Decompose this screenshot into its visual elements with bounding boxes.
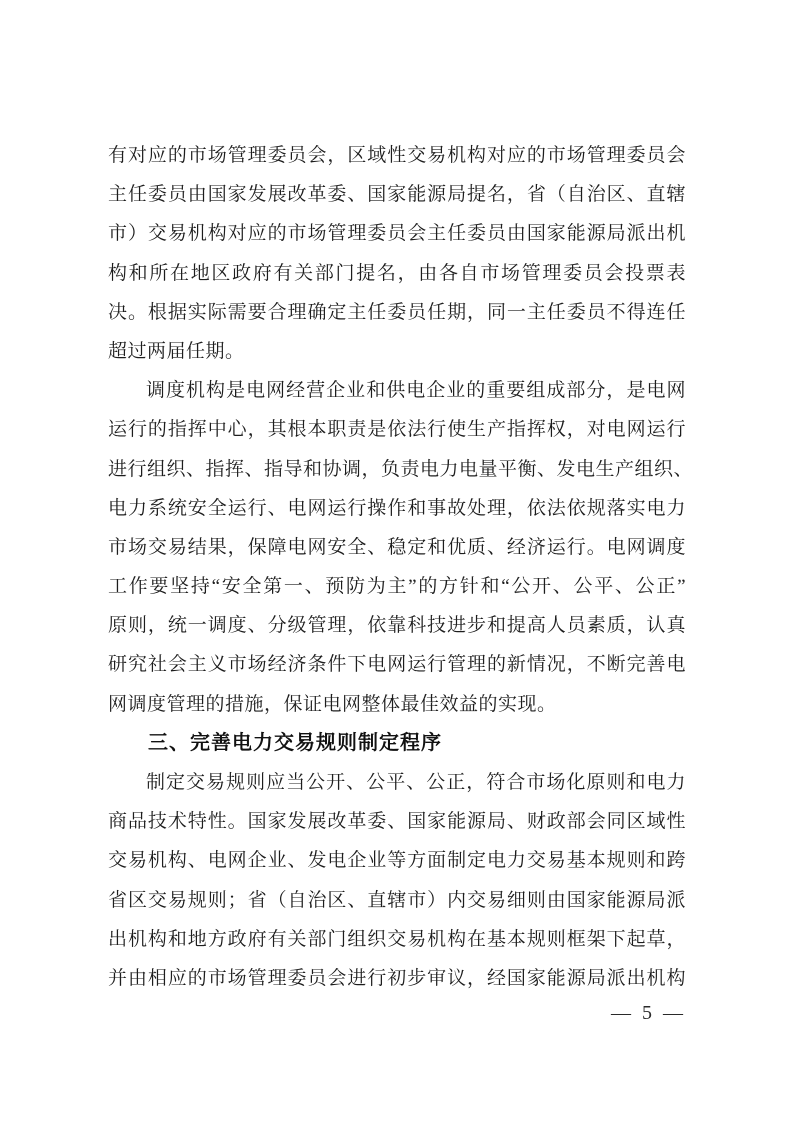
text-line: 并由相应的市场管理委员会进行初步审议，经国家能源局派出机构 [108, 959, 686, 998]
text-line: 构和所在地区政府有关部门提名，由各自市场管理委员会投票表 [108, 254, 686, 293]
text-line: 交易机构、电网企业、发电企业等方面制定电力交易基本规则和跨 [108, 841, 686, 880]
text-line: 超过两届任期。 [108, 332, 686, 371]
text-line: 商品技术特性。国家发展改革委、国家能源局、财政部会同区域性 [108, 802, 686, 841]
text-line: 网调度管理的措施，保证电网整体最佳效益的实现。 [108, 685, 686, 724]
text-line: 省区交易规则；省（自治区、直辖市）内交易细则由国家能源局派 [108, 881, 686, 920]
text-line: 市场交易结果，保障电网安全、稳定和优质、经济运行。电网调度 [108, 528, 686, 567]
text-line: 主任委员由国家发展改革委、国家能源局提名，省（自治区、直辖 [108, 175, 686, 214]
text-line: 有对应的市场管理委员会，区域性交易机构对应的市场管理委员会 [108, 136, 686, 175]
text-line: 出机构和地方政府有关部门组织交易机构在基本规则框架下起草， [108, 920, 686, 959]
text-line: 研究社会主义市场经济条件下电网运行管理的新情况，不断完善电 [108, 645, 686, 684]
text-line: 进行组织、指挥、指导和协调，负责电力电量平衡、发电生产组织、 [108, 450, 686, 489]
document-body: 有对应的市场管理委员会，区域性交易机构对应的市场管理委员会 主任委员由国家发展改… [108, 136, 686, 998]
text-line: 原则，统一调度、分级管理，依靠科技进步和提高人员素质，认真 [108, 606, 686, 645]
document-page: 有对应的市场管理委员会，区域性交易机构对应的市场管理委员会 主任委员由国家发展改… [0, 0, 793, 1122]
section-heading: 三、完善电力交易规则制定程序 [108, 724, 686, 763]
text-line: 工作要坚持“安全第一、预防为主”的方针和“公开、公平、公正” [108, 567, 686, 606]
text-line: 制定交易规则应当公开、公平、公正，符合市场化原则和电力 [108, 763, 686, 802]
text-line: 决。根据实际需要合理确定主任委员任期，同一主任委员不得连任 [108, 293, 686, 332]
page-number: — 5 — [611, 998, 686, 1028]
text-line: 调度机构是电网经营企业和供电企业的重要组成部分，是电网 [108, 371, 686, 410]
text-line: 运行的指挥中心，其根本职责是依法行使生产指挥权，对电网运行 [108, 410, 686, 449]
text-line: 市）交易机构对应的市场管理委员会主任委员由国家能源局派出机 [108, 214, 686, 253]
text-line: 电力系统安全运行、电网运行操作和事故处理，依法依规落实电力 [108, 489, 686, 528]
